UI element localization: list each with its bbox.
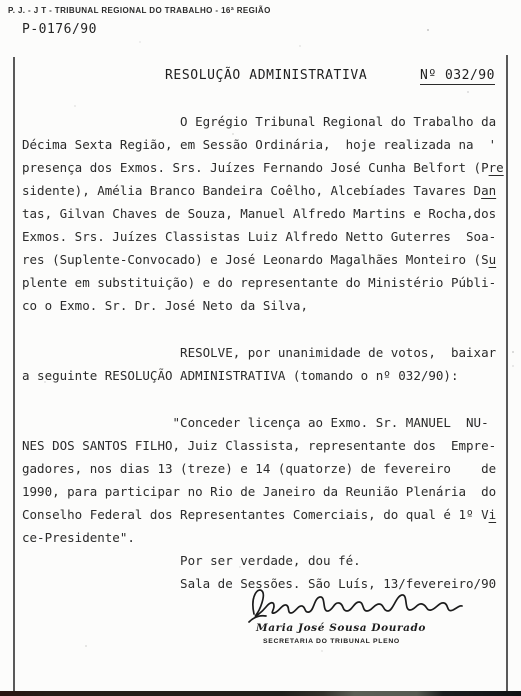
signer-name: Maria José Sousa Dourado [256,622,476,634]
body-line: Por ser verdade, dou fé. [22,549,502,572]
right-margin-rule [506,55,508,691]
body-line: 1990, para participar no Rio de Janeiro … [22,480,502,503]
body-line: "Conceder licença ao Exmo. Sr. MANUEL NU… [22,411,502,434]
body-line: O Egrégio Tribunal Regional do Trabalho … [22,110,502,133]
signature-block: Maria José Sousa Dourado SECRETARIA DO T… [246,584,476,645]
body-line: a seguinte RESOLUÇÃO ADMINISTRATIVA (tom… [22,364,502,387]
body-line: ce-Presidente". [22,526,502,549]
scanned-document-page: P. J. - J T - TRIBUNAL REGIONAL DO TRABA… [0,0,521,696]
handwritten-signature [246,584,468,624]
resolution-number: Nº 032/90 [420,68,495,85]
body-line: co o Exmo. Sr. Dr. José Neto da Silva, [22,294,502,317]
body-line: sidente), Amélia Branco Bandeira Coêlho,… [22,179,502,202]
title-row: RESOLUÇÃO ADMINISTRATIVA Nº 032/90 [0,68,521,88]
body-line: presença dos Exmos. Srs. Juízes Fernando… [22,156,502,179]
body-line: Exmos. Srs. Juízes Classistas Luiz Alfre… [22,225,502,248]
body-line: NES DOS SANTOS FILHO, Juiz Classista, re… [22,434,502,457]
signer-role: SECRETARIA DO TRIBUNAL PLENO [263,638,476,645]
process-number: P-0176/90 [22,22,97,37]
body-line: plente em substituição) e do representan… [22,271,502,294]
body-line: tas, Gilvan Chaves de Souza, Manuel Alfr… [22,202,502,225]
body-line: gadores, nos dias 13 (treze) e 14 (quato… [22,457,502,480]
document-title: RESOLUÇÃO ADMINISTRATIVA [165,68,367,83]
body-line: res (Suplente-Convocado) e José Leonardo… [22,248,502,271]
body-line: Décima Sexta Região, em Sessão Ordinária… [22,133,502,156]
document-body: O Egrégio Tribunal Regional do Trabalho … [22,110,502,595]
letterhead-text: P. J. - J T - TRIBUNAL REGIONAL DO TRABA… [8,6,348,15]
scan-edge-bar [0,691,521,696]
body-line: RESOLVE, por unanimidade de votos, baixa… [22,341,502,364]
left-margin-rule [13,57,15,691]
body-line: Conselho Federal dos Representantes Come… [22,503,502,526]
